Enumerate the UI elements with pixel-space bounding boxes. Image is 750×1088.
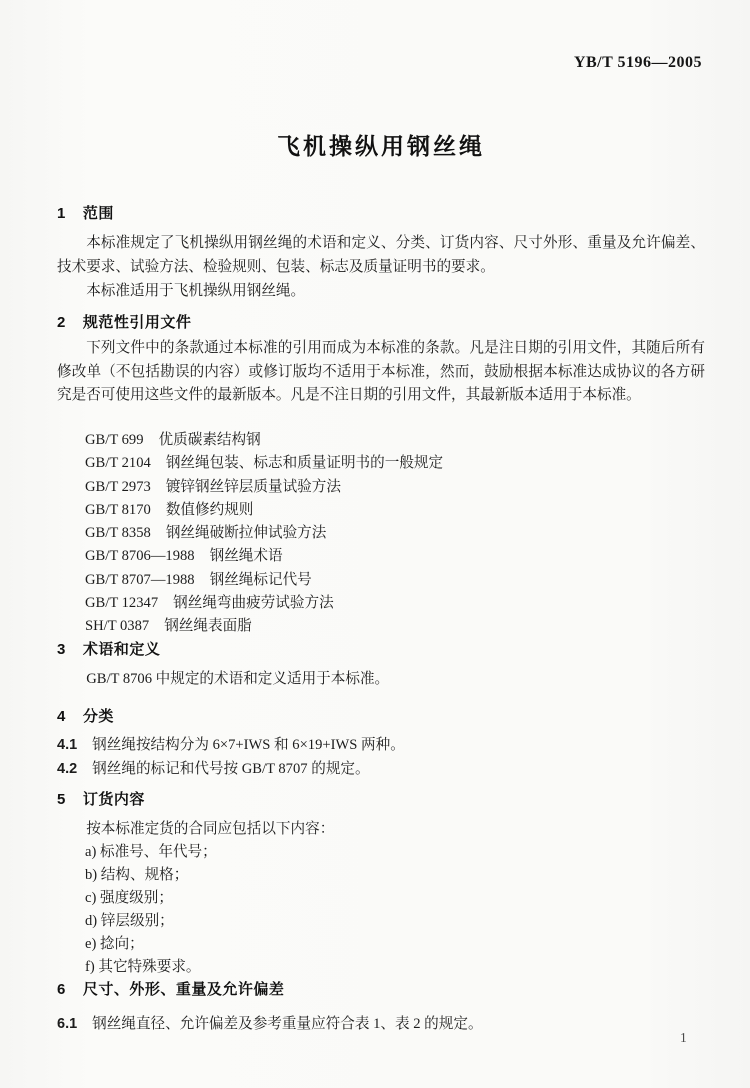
clause-item: 6.1钢丝绳直径、允许偏差及参考重量应符合表 1、表 2 的规定。 <box>57 1013 705 1036</box>
section-heading-2: 2规范性引用文件 <box>57 311 705 332</box>
reference-item: GB/T 8358钢丝绳破断拉伸试验方法 <box>85 522 705 545</box>
reference-code: GB/T 12347 <box>85 592 158 615</box>
list-item: d) 锌层级别； <box>85 910 705 933</box>
section-heading-6: 6尺寸、外形、重量及允许偏差 <box>57 978 705 999</box>
section-number: 1 <box>57 205 66 222</box>
reference-code: SH/T 0387 <box>85 615 149 638</box>
standard-code: YB/T 5196—2005 <box>574 54 702 72</box>
clause-text: 钢丝绳按结构分为 6×7+IWS 和 6×19+IWS 两种。 <box>92 737 405 753</box>
list-item: a) 标准号、年代号； <box>85 841 705 864</box>
reference-code: GB/T 8707—1988 <box>85 569 195 592</box>
paragraph: GB/T 8706 中规定的术语和定义适用于本标准。 <box>57 668 705 692</box>
section-title: 订货内容 <box>83 791 145 808</box>
section-title: 规范性引用文件 <box>83 314 192 331</box>
section-number: 6 <box>57 981 66 998</box>
reference-code: GB/T 2104 <box>85 452 151 475</box>
reference-title: 钢丝绳包装、标志和质量证明书的一般规定 <box>166 455 443 471</box>
reference-title: 钢丝绳破断拉伸试验方法 <box>166 525 327 541</box>
reference-item: GB/T 699优质碳素结构钢 <box>85 429 705 452</box>
reference-title: 镀锌钢丝锌层质量试验方法 <box>166 479 341 495</box>
clause-number: 4.2 <box>57 758 77 781</box>
section-number: 3 <box>57 641 66 658</box>
reference-title: 钢丝绳标记代号 <box>210 572 312 588</box>
reference-item: GB/T 8707—1988钢丝绳标记代号 <box>85 569 705 592</box>
reference-title: 钢丝绳弯曲疲劳试验方法 <box>173 595 334 611</box>
reference-item: GB/T 8170数值修约规则 <box>85 499 705 522</box>
page-number: 1 <box>680 1030 687 1046</box>
reference-title: 数值修约规则 <box>166 502 254 518</box>
section-title: 术语和定义 <box>83 641 161 658</box>
list-item: f) 其它特殊要求。 <box>85 956 705 979</box>
clause-item: 4.1钢丝绳按结构分为 6×7+IWS 和 6×19+IWS 两种。 <box>57 734 705 757</box>
section-number: 2 <box>57 314 66 331</box>
clause-item: 4.2钢丝绳的标记和代号按 GB/T 8707 的规定。 <box>57 758 705 781</box>
clause-number: 6.1 <box>57 1013 77 1036</box>
reference-item: GB/T 2973镀锌钢丝锌层质量试验方法 <box>85 476 705 499</box>
paragraph: 本标准适用于飞机操纵用钢丝绳。 <box>57 280 705 304</box>
section-heading-3: 3术语和定义 <box>57 638 705 659</box>
reference-code: GB/T 8170 <box>85 499 151 522</box>
order-content-list: a) 标准号、年代号； b) 结构、规格； c) 强度级别； d) 锌层级别； … <box>85 841 705 978</box>
paragraph: 本标准规定了飞机操纵用钢丝绳的术语和定义、分类、订货内容、尺寸外形、重量及允许偏… <box>57 232 705 279</box>
reference-code: GB/T 2973 <box>85 476 151 499</box>
section-heading-4: 4分类 <box>57 705 705 726</box>
clause-text: 钢丝绳直径、允许偏差及参考重量应符合表 1、表 2 的规定。 <box>92 1016 482 1032</box>
paragraph: 下列文件中的条款通过本标准的引用而成为本标准的条款。凡是注日期的引用文件，其随后… <box>57 337 705 408</box>
reference-code: GB/T 8706—1988 <box>85 545 195 568</box>
section-title: 分类 <box>83 708 114 725</box>
reference-item: GB/T 12347钢丝绳弯曲疲劳试验方法 <box>85 592 705 615</box>
clause-number: 4.1 <box>57 734 77 757</box>
paragraph: 按本标准定货的合同应包括以下内容： <box>57 818 705 842</box>
document-page: YB/T 5196—2005 飞机操纵用钢丝绳 1范围 本标准规定了飞机操纵用钢… <box>0 0 750 1088</box>
reference-code: GB/T 699 <box>85 429 144 452</box>
reference-item: GB/T 8706—1988钢丝绳术语 <box>85 545 705 568</box>
reference-code: GB/T 8358 <box>85 522 151 545</box>
reference-title: 优质碳素结构钢 <box>159 432 261 448</box>
reference-item: SH/T 0387钢丝绳表面脂 <box>85 615 705 638</box>
list-item: b) 结构、规格； <box>85 864 705 887</box>
reference-title: 钢丝绳术语 <box>210 548 283 564</box>
reference-item: GB/T 2104钢丝绳包装、标志和质量证明书的一般规定 <box>85 452 705 475</box>
references-list: GB/T 699优质碳素结构钢 GB/T 2104钢丝绳包装、标志和质量证明书的… <box>85 429 705 639</box>
list-item: e) 捻向； <box>85 933 705 956</box>
section-number: 4 <box>57 708 66 725</box>
list-item: c) 强度级别； <box>85 887 705 910</box>
section-title: 尺寸、外形、重量及允许偏差 <box>83 981 285 998</box>
section-heading-5: 5订货内容 <box>57 788 705 809</box>
page-title: 飞机操纵用钢丝绳 <box>57 128 705 161</box>
section-number: 5 <box>57 791 66 808</box>
section-heading-1: 1范围 <box>57 202 705 223</box>
section-title: 范围 <box>83 205 114 222</box>
reference-title: 钢丝绳表面脂 <box>164 618 252 634</box>
clause-text: 钢丝绳的标记和代号按 GB/T 8707 的规定。 <box>92 761 369 777</box>
